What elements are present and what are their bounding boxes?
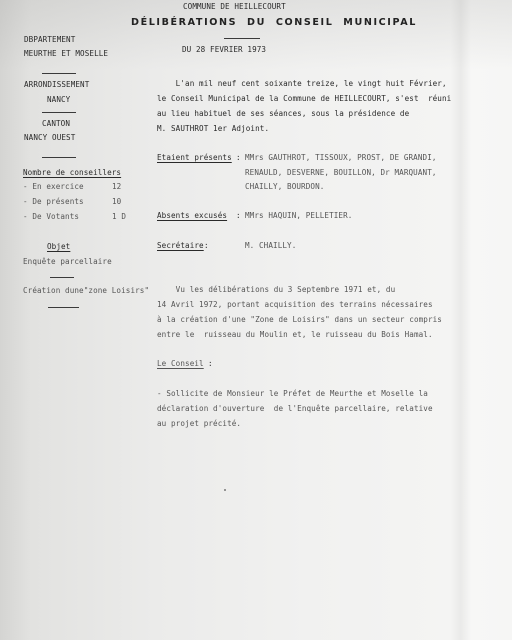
absents-separator: : [236,211,241,221]
arrondissement-label: ARRONDISSEMENT [24,80,89,90]
intro-line: le Conseil Municipal de la Commune de HE… [157,94,451,104]
objet-value: Enquête parcellaire [23,257,112,267]
document-title: DÉLIBÉRATIONS DU CONSEIL MUNICIPAL [131,18,417,28]
divider [50,277,74,278]
departement-label: DBPARTEMENT [24,35,75,45]
presents-separator: : [236,153,241,163]
creation-label: Création dune"zone Loisirs" [23,286,149,296]
divider [42,73,76,74]
conseillers-value: 1 D [112,212,126,222]
intro-line: au lieu habituel de ses séances, sous la… [157,109,409,119]
commune-name: COMMUNE DE HEILLECOURT [183,2,286,12]
considerant-line: Vu les délibérations du 3 Septembre 1971… [157,285,395,295]
divider [42,157,76,158]
conseillers-title: Nombre de conseillers [23,168,121,178]
conseil-label: Le Conseil [157,359,204,369]
conseillers-value: 12 [112,182,121,192]
secretaire-label: Secrétaire [157,241,204,251]
considerant-line: à la création d'une "Zone de Loisirs" da… [157,315,442,325]
presents-line: RENAULD, DESVERNE, BOUILLON, Dr MARQUANT… [245,168,437,178]
canton-label: CANTON [42,119,70,129]
decision-line: au projet précité. [157,419,241,429]
divider [42,112,76,113]
intro-line: L'an mil neuf cent soixante treize, le v… [157,79,447,89]
conseil-separator: : [208,359,213,369]
conseillers-value: 10 [112,197,121,207]
presents-line: MMrs GAUTHROT, TISSOUX, PROST, DE GRANDI… [245,153,437,163]
decision-line: - Sollicite de Monsieur le Préfet de Meu… [157,389,428,399]
intro-line: M. SAUTHROT 1er Adjoint. [157,124,269,134]
scan-speck [224,489,226,491]
arrondissement-value: NANCY [47,95,70,105]
title-divider [224,38,260,39]
secretaire-separator: : [204,241,209,251]
considerant-line: 14 Avril 1972, portant acquisition des t… [157,300,433,310]
meeting-date: DU 28 FEVRIER 1973 [182,45,266,55]
objet-title: Objet [47,242,70,252]
conseillers-label: - En exercice [23,182,84,192]
canton-value: NANCY OUEST [24,133,75,143]
presents-line: CHAILLY, BOURDON. [245,182,324,192]
secretaire-value: M. CHAILLY. [245,241,296,251]
departement-value: MEURTHE ET MOSELLE [24,49,108,59]
considerant-line: entre le ruisseau du Moulin et, le ruiss… [157,330,433,340]
presents-label: Etaient présents [157,153,232,163]
divider [48,307,79,308]
decision-line: déclaration d'ouverture de l'Enquête par… [157,404,433,414]
conseillers-label: - De Votants [23,212,79,222]
absents-label: Absents excusés [157,211,227,221]
conseillers-label: - De présents [23,197,84,207]
absents-value: MMrs HAQUIN, PELLETIER. [245,211,352,221]
